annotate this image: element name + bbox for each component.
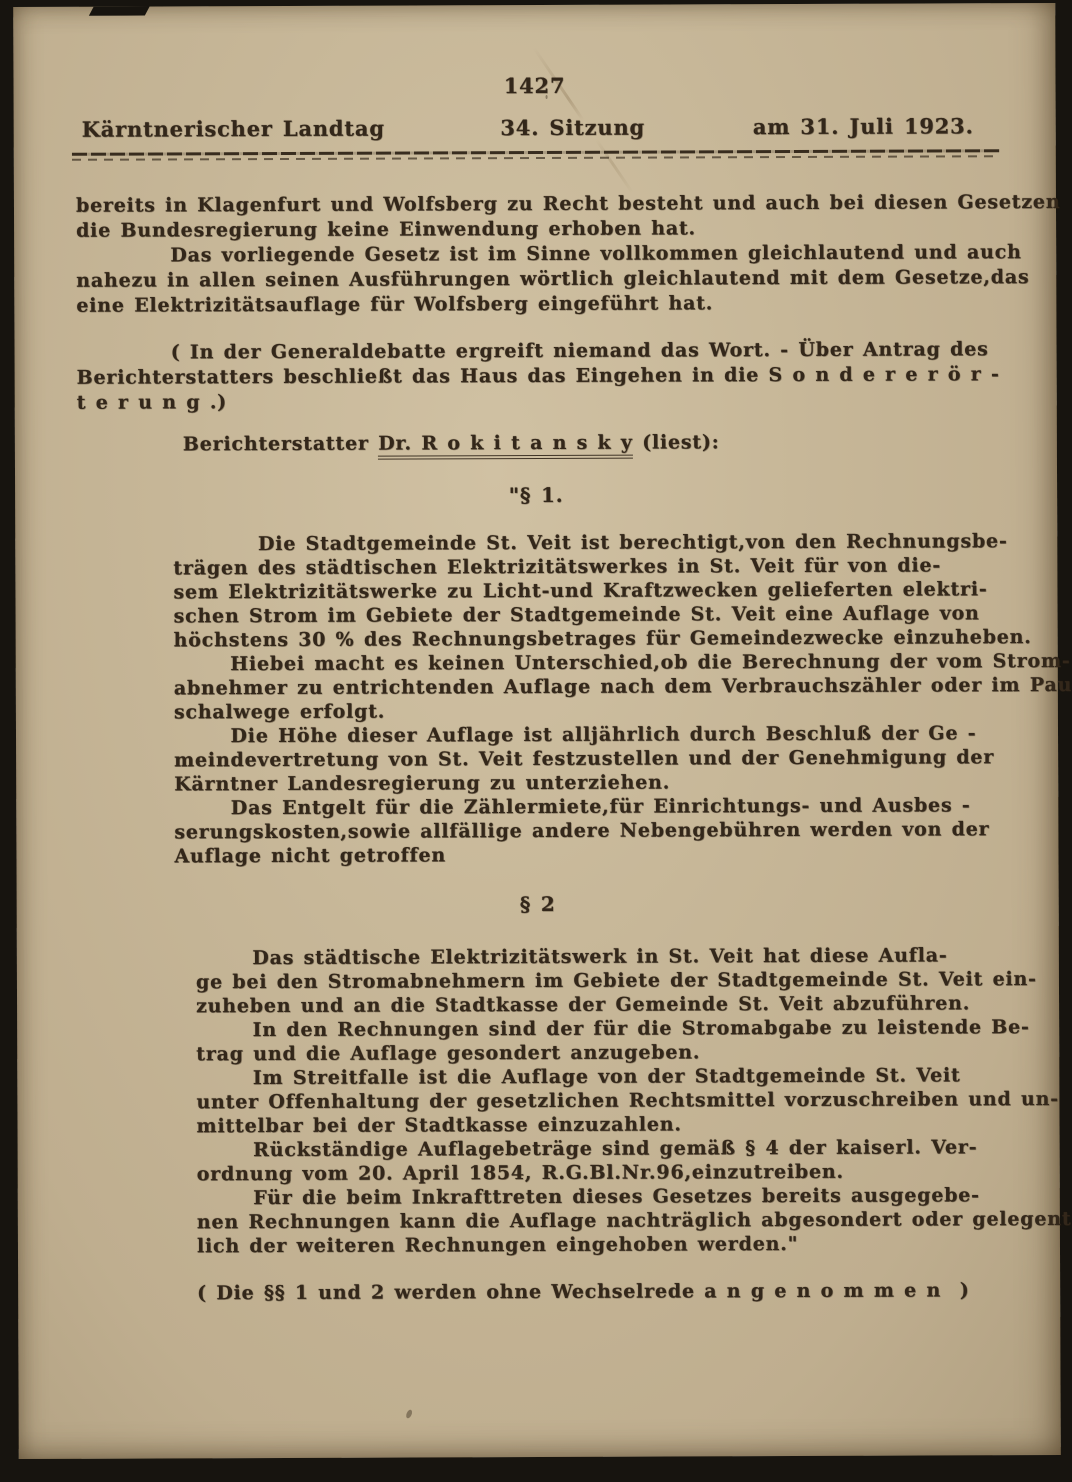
reporter-line: Berichterstatter Dr. R o k i t a n s k y… — [183, 431, 720, 455]
closing-resolution-note: ( Die §§ 1 und 2 werden ohne Wechselrede… — [197, 1279, 970, 1304]
divider-dash-row-bottom — [72, 155, 1000, 161]
paper-speck — [405, 1409, 413, 1419]
reporter-name-underlined: Dr. R o k i t a n s k y — [378, 432, 633, 460]
page-number: 1427 — [13, 71, 1055, 100]
section-1-text: Die Stadtgemeinde St. Veit ist berechtig… — [173, 529, 1072, 868]
section-1-heading: "§ 1. — [15, 481, 1057, 509]
section-2-text: Das städtische Elektrizitätswerk in St. … — [196, 943, 1072, 1258]
reporter-label: Berichterstatter — [183, 433, 378, 456]
session-date: am 31. Juli 1923. — [753, 113, 974, 139]
paragraph-intro: bereits in Klagenfurt und Wolfsberg zu R… — [76, 190, 1061, 319]
section-2-heading: § 2 — [17, 890, 1059, 918]
page-edge-notch — [89, 6, 150, 15]
header-divider-rule — [72, 149, 1000, 161]
paragraph-debate-note: ( In der Generaldebatte ergreift niemand… — [76, 337, 999, 416]
reporter-reads-note: (liest): — [633, 431, 720, 453]
document-page: 1427 Kärntnerischer Landtag 34. Sitzung … — [13, 3, 1061, 1459]
scanner-background: 1427 Kärntnerischer Landtag 34. Sitzung … — [0, 0, 1072, 1482]
